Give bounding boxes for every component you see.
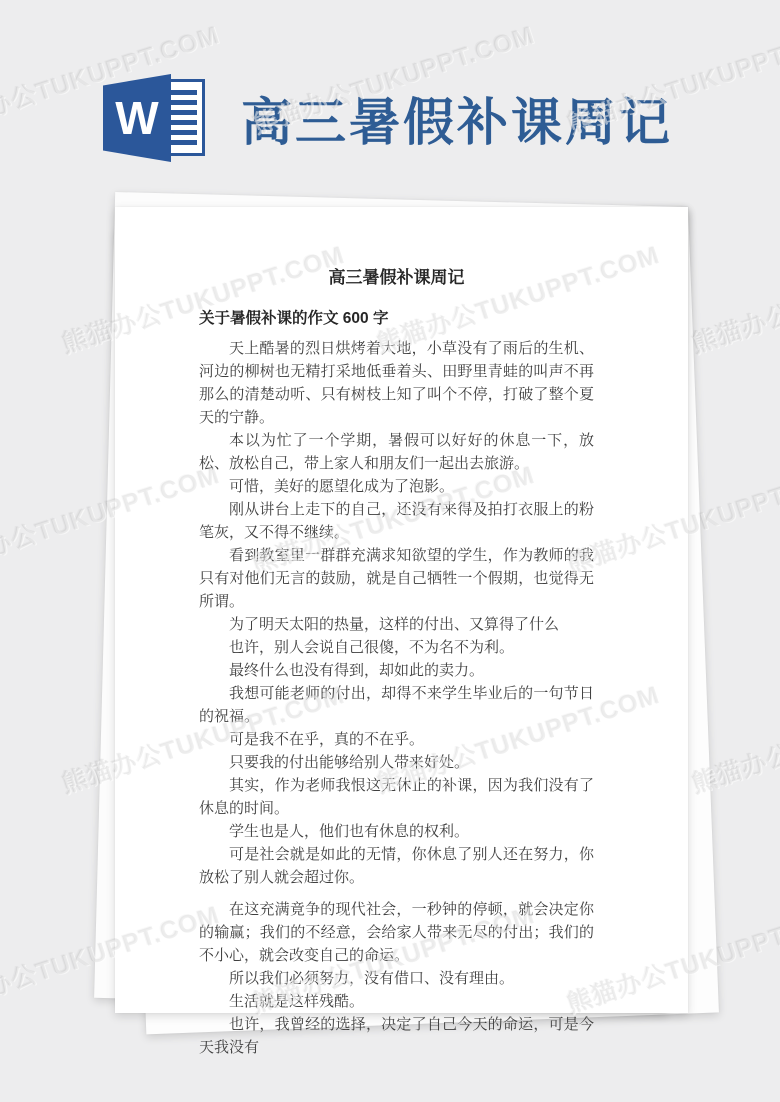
doc-paragraph: 看到教室里一群群充满求知欲望的学生，作为教师的我只有对他们无言的鼓励，就是自己牺… [199,544,594,613]
word-letter: W [115,95,158,141]
doc-paragraph: 可是我不在乎，真的不在乎。 [199,728,594,751]
doc-paragraph: 生活就是这样残酷。 [199,990,594,1013]
doc-paragraph: 我想可能老师的付出，却得不来学生毕业后的一句节日的祝福。 [199,682,594,728]
document-subtitle: 关于暑假补课的作文 600 字 [199,306,594,328]
doc-paragraph: 刚从讲台上走下的自己，还没有来得及拍打衣服上的粉笔灰，又不得不继续。 [199,498,594,544]
doc-paragraph: 在这充满竟争的现代社会，一秒钟的停顿，就会决定你的输赢；我们的不经意，会给家人带… [199,898,594,967]
doc-paragraph: 最终什么也没有得到，却如此的卖力。 [199,659,594,682]
doc-paragraph: 本以为忙了一个学期，暑假可以好好的休息一下，放松、放松自己，带上家人和朋友们一起… [199,429,594,475]
doc-paragraph: 为了明天太阳的热量，这样的付出、又算得了什么 [199,613,594,636]
page-title: 高三暑假补课周记 [241,81,673,155]
doc-paragraph: 其实，作为老师我恨这无休止的补课，因为我们没有了休息的时间。 [199,774,594,820]
document-page: 高三暑假补课周记 关于暑假补课的作文 600 字 天上酷暑的烈日烘烤着大地，小草… [115,207,688,1013]
doc-paragraph: 只要我的付出能够给别人带来好处。 [199,751,594,774]
doc-paragraph: 天上酷暑的烈日烘烤着大地，小草没有了雨后的生机、河边的柳树也无精打采地低垂着头、… [199,337,594,429]
document-body: 天上酷暑的烈日烘烤着大地，小草没有了雨后的生机、河边的柳树也无精打采地低垂着头、… [199,337,594,1059]
page-header: W 高三暑假补课周记 [103,74,673,162]
doc-paragraph: 所以我们必须努力，没有借口、没有理由。 [199,967,594,990]
doc-paragraph: 也许，别人会说自己很傻，不为名不为利。 [199,636,594,659]
document-title: 高三暑假补课周记 [199,263,594,288]
word-w-flag-icon: W [103,74,171,162]
doc-paragraph: 可是社会就是如此的无情，你休息了别人还在努力，你放松了别人就会超过你。 [199,843,594,889]
doc-paragraph: 也许，我曾经的选择，决定了自己今天的命运，可是今天我没有 [199,1013,594,1059]
word-icon: W [103,74,205,162]
doc-paragraph: 学生也是人，他们也有休息的权利。 [199,820,594,843]
doc-paragraph: 可惜，美好的愿望化成为了泡影。 [199,475,594,498]
watermark-text: 熊猫办公TUKUPPT.COM [687,235,780,361]
